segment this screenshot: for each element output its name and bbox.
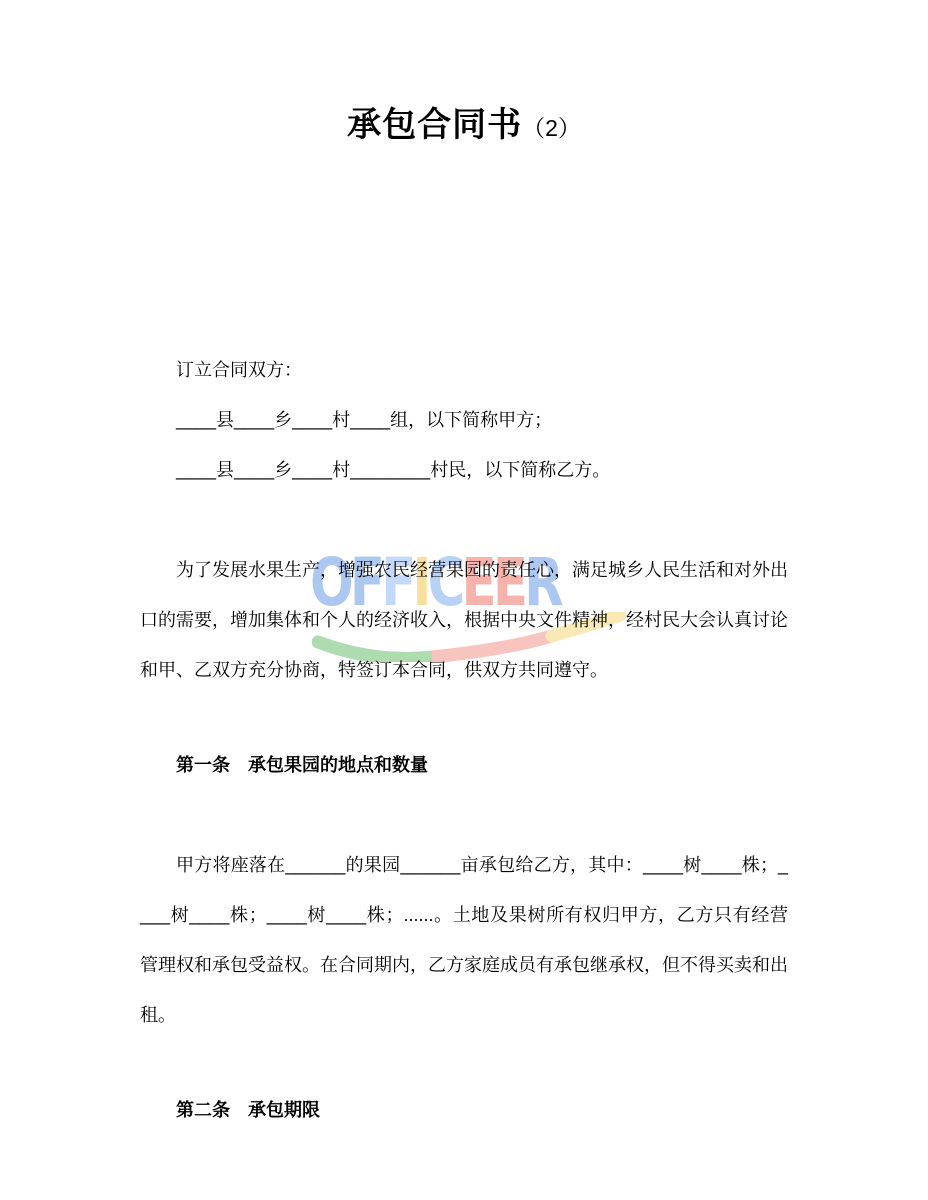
paragraph-party-b: ____县____乡____村________村民，以下简称乙方。 — [140, 445, 788, 495]
section-heading-article-2: 第二条 承包期限 — [140, 1085, 788, 1135]
document-page: OFFICEER 承包合同书（2） 订立合同双方： ____县____乡____… — [0, 0, 928, 1200]
paragraph-parties-label: 订立合同双方： — [140, 345, 788, 395]
paragraph-preamble: 为了发展水果生产，增强农民经营果园的责任心，满足城乡人民生活和对外出口的需要，增… — [140, 545, 788, 695]
section-heading-article-1: 第一条 承包果园的地点和数量 — [140, 740, 788, 790]
paragraph-party-a: ____县____乡____村____组，以下简称甲方； — [140, 395, 788, 445]
document-body: 订立合同双方： ____县____乡____村____组，以下简称甲方； ___… — [140, 345, 788, 1135]
paragraph-article-1-body: 甲方将座落在______的果园______亩承包给乙方，其中：____树____… — [140, 840, 788, 1040]
document-content: 承包合同书（2） 订立合同双方： ____县____乡____村____组，以下… — [140, 0, 788, 1135]
document-title-main: 承包合同书 — [347, 106, 522, 144]
document-title-suffix: （2） — [522, 115, 581, 141]
document-title: 承包合同书（2） — [140, 0, 788, 150]
